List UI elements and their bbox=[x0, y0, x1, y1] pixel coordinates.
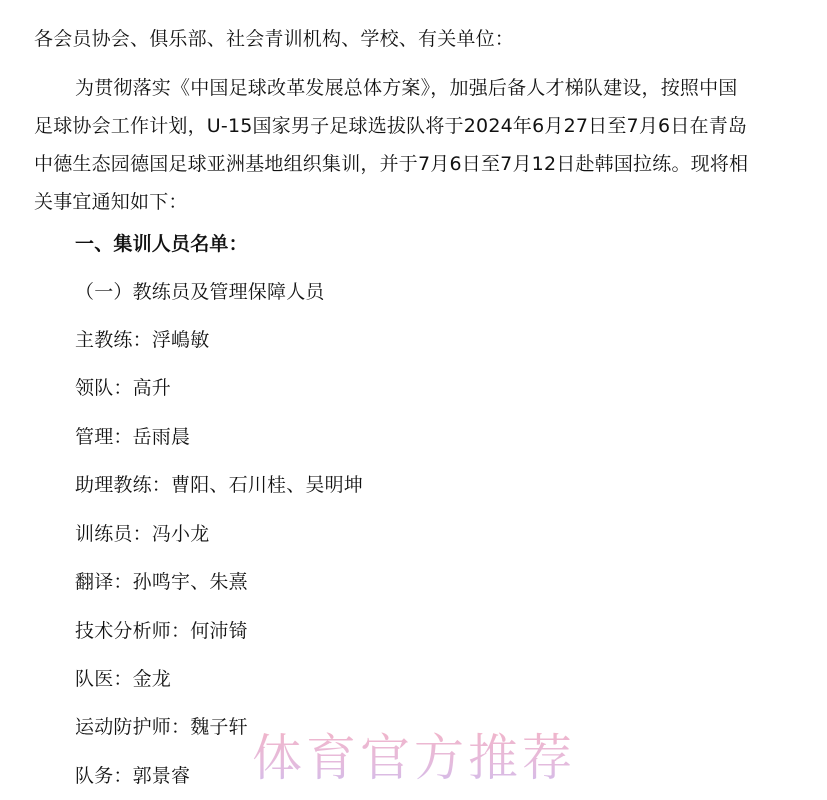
staff-names: 岳雨晨 bbox=[133, 426, 191, 448]
subsection-heading: （一）教练员及管理保障人员 bbox=[75, 280, 325, 304]
salutation: 各会员协会、俱乐部、社会青训机构、学校、有关单位： bbox=[34, 27, 514, 51]
staff-row: 主教练：浮嶋敏 bbox=[75, 328, 209, 352]
staff-role: 队务： bbox=[75, 765, 133, 787]
staff-row: 翻译：孙鸣宇、朱熹 bbox=[75, 570, 248, 594]
staff-row: 助理教练：曹阳、石川桂、吴明坤 bbox=[75, 473, 363, 497]
staff-row: 队务：郭景睿 bbox=[75, 764, 190, 788]
staff-row: 管理：岳雨晨 bbox=[75, 425, 190, 449]
staff-row: 运动防护师：魏子轩 bbox=[75, 715, 248, 739]
staff-names: 浮嶋敏 bbox=[152, 329, 210, 351]
intro-line-1: 为贯彻落实《中国足球改革发展总体方案》，加强后备人才梯队建设，按照中国 bbox=[34, 76, 827, 100]
staff-role: 管理： bbox=[75, 426, 133, 448]
staff-names: 魏子轩 bbox=[190, 716, 248, 738]
staff-names: 曹阳、石川桂、吴明坤 bbox=[171, 474, 363, 496]
intro-line-3: 中德生态园德国足球亚洲基地组织集训，并于7月6日至7月12日赴韩国拉练。现将相 bbox=[34, 152, 794, 176]
staff-row: 技术分析师：何沛锜 bbox=[75, 619, 248, 643]
staff-names: 何沛锜 bbox=[190, 620, 248, 642]
intro-line-2: 足球协会工作计划，U-15国家男子足球选拔队将于2024年6月27日至7月6日在… bbox=[34, 114, 794, 138]
staff-role: 翻译： bbox=[75, 571, 133, 593]
staff-names: 郭景睿 bbox=[133, 765, 191, 787]
staff-role: 运动防护师： bbox=[75, 716, 190, 738]
staff-row: 训练员：冯小龙 bbox=[75, 522, 209, 546]
staff-row: 队医：金龙 bbox=[75, 667, 171, 691]
staff-role: 助理教练： bbox=[75, 474, 171, 496]
staff-row: 领队：高升 bbox=[75, 376, 171, 400]
staff-role: 主教练： bbox=[75, 329, 152, 351]
watermark-text: 体育官方推荐 bbox=[252, 728, 576, 788]
staff-role: 领队： bbox=[75, 377, 133, 399]
intro-line-4: 关事宜通知如下： bbox=[34, 190, 794, 214]
section-heading: 一、集训人员名单： bbox=[75, 232, 248, 256]
staff-role: 技术分析师： bbox=[75, 620, 190, 642]
staff-names: 孙鸣宇、朱熹 bbox=[133, 571, 248, 593]
staff-names: 金龙 bbox=[133, 668, 171, 690]
staff-names: 冯小龙 bbox=[152, 523, 210, 545]
staff-role: 队医： bbox=[75, 668, 133, 690]
staff-role: 训练员： bbox=[75, 523, 152, 545]
staff-names: 高升 bbox=[133, 377, 171, 399]
